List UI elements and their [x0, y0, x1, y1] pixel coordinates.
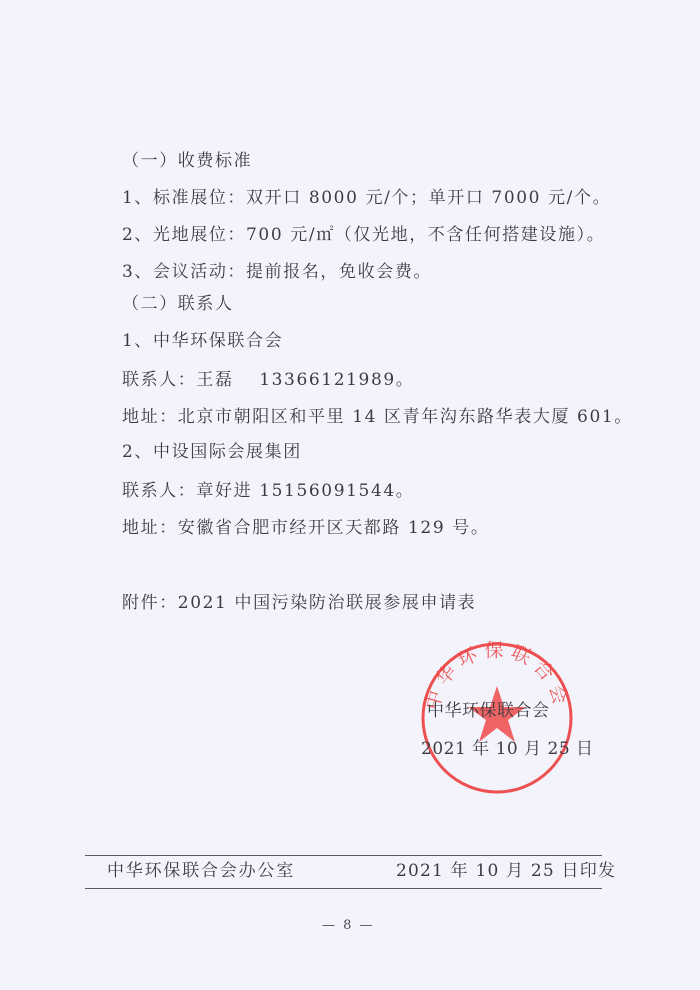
footer-issuer: 中华环保联合会办公室 — [107, 860, 295, 882]
contacts-heading: （二）联系人 — [122, 293, 234, 315]
contact-org2-person: 联系人：章好进 15156091544。 — [122, 480, 414, 502]
page-number: — 8 — — [322, 918, 375, 934]
contact-org1-name: 1、中华环保联合会 — [122, 330, 283, 352]
footer-issue-date: 2021 年 10 月 25 日印发 — [396, 860, 616, 882]
attachment-note: 附件：2021 中国污染防治联展参展申请表 — [122, 592, 476, 614]
fee-item-standard-booth: 1、标准展位：双开口 8000 元/个；单开口 7000 元/个。 — [122, 187, 611, 209]
fees-heading: （一）收费标准 — [122, 150, 252, 172]
fee-item-raw-space: 2、光地展位：700 元/㎡（仅光地，不含任何搭建设施）。 — [122, 224, 605, 246]
contact-org1-address: 地址：北京市朝阳区和平里 14 区青年沟东路华表大厦 601。 — [122, 406, 633, 428]
footer-top-rule — [85, 855, 602, 856]
footer-bottom-rule — [85, 888, 602, 889]
contact-org1-person: 联系人：王磊 13366121989。 — [122, 369, 414, 391]
contact-org2-address: 地址：安徽省合肥市经开区天都路 129 号。 — [122, 517, 489, 539]
signature-org: 中华环保联合会 — [427, 700, 550, 722]
signature-date: 2021 年 10 月 25 日 — [421, 738, 594, 760]
contact-org2-name: 2、中设国际会展集团 — [122, 441, 302, 463]
fee-item-meeting: 3、会议活动：提前报名，免收会费。 — [122, 261, 432, 283]
